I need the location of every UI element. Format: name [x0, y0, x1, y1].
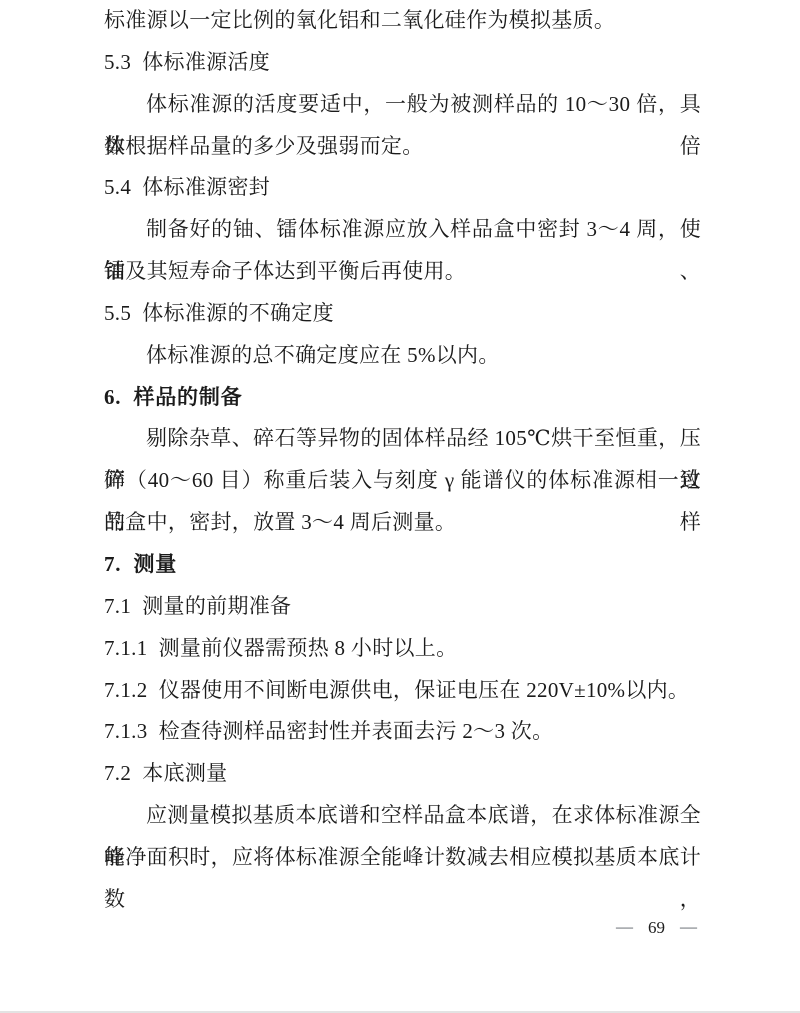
- text-line: 5.5 体标准源的不确定度: [104, 293, 701, 335]
- document-page: 标准源以一定比例的氧化铝和二氧化硅作为模拟基质。5.3 体标准源活度体标准源的活…: [0, 0, 800, 1013]
- text-line: 峰净面积时，应将体标准源全能峰计数减去相应模拟基质本底计数，: [104, 837, 701, 879]
- text-line: 体标准源的总不确定度应在 5%以内。: [104, 335, 701, 377]
- page-footer: — 69 —: [616, 918, 697, 938]
- text-line: 制备好的铀、镭体标准源应放入样品盒中密封 3～4 周，使铀、: [104, 209, 701, 251]
- text-line: 7.1.3 检查待测样品密封性并表面去污 2～3 次。: [104, 711, 701, 753]
- text-line: 体标准源的活度要适中，一般为被测样品的 10～30 倍，具体倍: [104, 84, 701, 126]
- text-line: 剔除杂草、碎石等异物的固体样品经 105℃烘干至恒重，压碎过: [104, 418, 701, 460]
- text-line: 应测量模拟基质本底谱和空样品盒本底谱，在求体标准源全能: [104, 795, 701, 837]
- text-line: 标准源以一定比例的氧化铝和二氧化硅作为模拟基质。: [104, 0, 701, 42]
- section-heading: 7. 测量: [104, 544, 701, 586]
- text-line: 7.2 本底测量: [104, 753, 701, 795]
- text-line: 7.1.1 测量前仪器需预热 8 小时以上。: [104, 628, 701, 670]
- text-line: 7.1 测量的前期准备: [104, 586, 701, 628]
- section-heading: 6. 样品的制备: [104, 377, 701, 419]
- footer-dash-right: —: [680, 917, 697, 937]
- document-body: 标准源以一定比例的氧化铝和二氧化硅作为模拟基质。5.3 体标准源活度体标准源的活…: [104, 0, 701, 879]
- text-line: 7.1.2 仪器使用不间断电源供电，保证电压在 220V±10%以内。: [104, 670, 701, 712]
- page-number: 69: [648, 918, 665, 938]
- text-line: 5.4 体标准源密封: [104, 167, 701, 209]
- text-line: 5.3 体标准源活度: [104, 42, 701, 84]
- text-line: 筛（40～60 目）称重后装入与刻度 γ 能谱仪的体标准源相一致的样: [104, 460, 701, 502]
- footer-dash-left: —: [616, 917, 633, 937]
